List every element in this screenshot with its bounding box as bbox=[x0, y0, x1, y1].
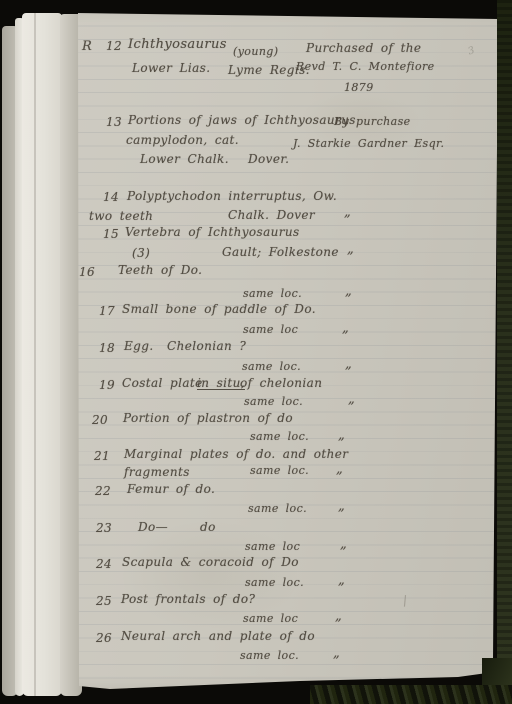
table-surface bbox=[310, 685, 512, 704]
book-page-edges bbox=[0, 0, 86, 704]
book-cover-edge bbox=[497, 0, 512, 704]
register-page-photo: R12Ichthyosaurus(young)Purchased of theL… bbox=[0, 0, 512, 704]
page-edge bbox=[22, 13, 62, 696]
